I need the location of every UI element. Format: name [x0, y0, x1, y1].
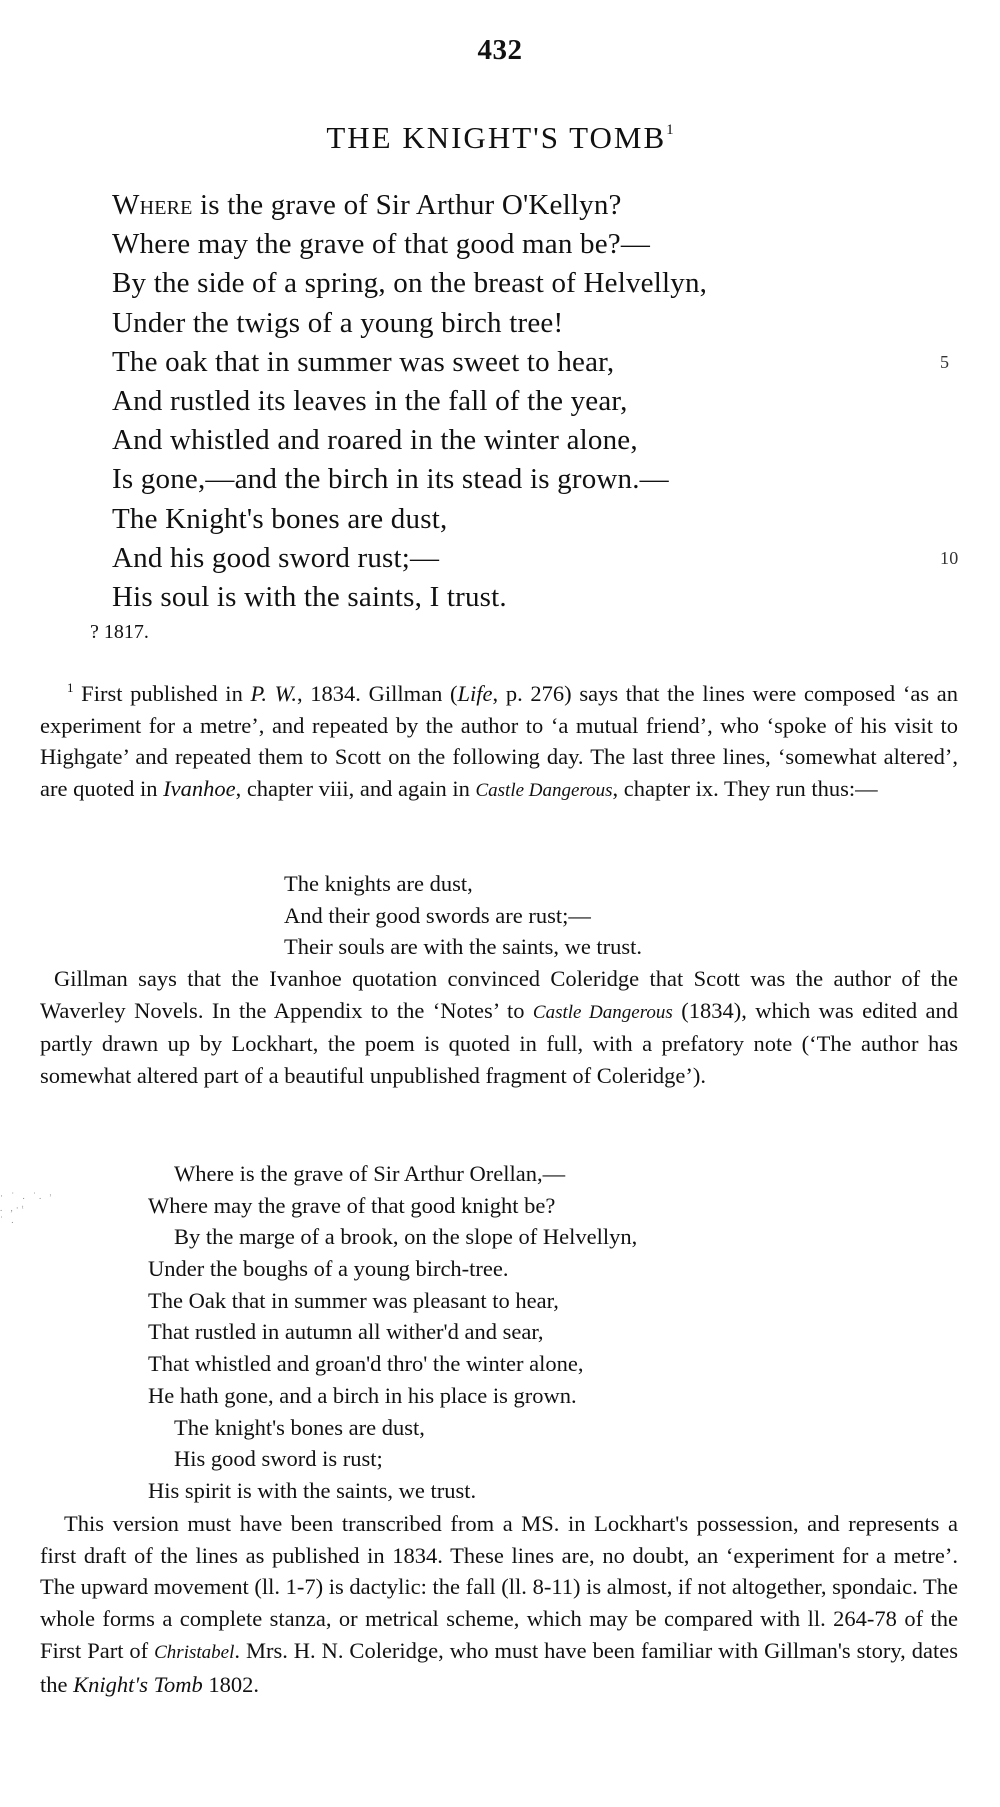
quote-line: That rustled in autumn all wither'd and … [40, 1316, 958, 1348]
poem-line-5: The oak that in summer was sweet to hear… [112, 343, 972, 382]
poem-line-3: By the side of a spring, on the breast o… [112, 264, 972, 303]
first-word: Where [112, 189, 193, 221]
quote-line: Where is the grave of Sir Arthur Orellan… [40, 1158, 958, 1190]
line-number: 5 [940, 343, 949, 382]
quote-line: Under the boughs of a young birch-tree. [40, 1253, 958, 1285]
quoted-verse-ivanhoe: The knights are dust, And their good swo… [40, 868, 958, 963]
poem-line-10: And his good sword rust;—10 [112, 539, 972, 578]
poem-date: ? 1817. [90, 621, 149, 644]
poem-line-4: Under the twigs of a young birch tree! [112, 304, 972, 343]
page-number: 432 [0, 34, 1000, 67]
footnote-paragraph-1: 1 First published in P. W., 1834. Gillma… [40, 672, 958, 807]
citation-ivanhoe: Ivanhoe [163, 776, 235, 801]
poem-line-8: Is gone,—and the birch in its stead is g… [112, 460, 972, 499]
quote-line: His good sword is rust; [40, 1443, 958, 1475]
citation-castle-dangerous: Castle Dangerous [475, 780, 612, 801]
footnote-paragraph-3: This version must have been transcribed … [40, 1508, 958, 1700]
poem-line-11: His soul is with the saints, I trust. [112, 578, 972, 617]
citation-pw: P. W. [251, 681, 297, 706]
quote-line: The knight's bones are dust, [40, 1412, 958, 1444]
poem-title: THE KNIGHT'S TOMB1 [0, 120, 1000, 156]
poem-line-6: And rustled its leaves in the fall of th… [112, 382, 972, 421]
line-number: 10 [940, 539, 958, 578]
poem-line-1: Where is the grave of Sir Arthur O'Kelly… [112, 186, 972, 225]
book-page: 432 THE KNIGHT'S TOMB1 Where is the grav… [0, 0, 1000, 1807]
quote-line: And their good swords are rust;— [40, 900, 958, 932]
citation-castle-dangerous: Castle Dangerous [533, 1002, 673, 1023]
quote-line: Where may the grave of that good knight … [40, 1190, 958, 1222]
title-footnote-marker: 1 [666, 122, 674, 138]
quote-line: By the marge of a brook, on the slope of… [40, 1221, 958, 1253]
poem-line-7: And whistled and roared in the winter al… [112, 421, 972, 460]
poem-line-9: The Knight's bones are dust, [112, 500, 972, 539]
poem-body: Where is the grave of Sir Arthur O'Kelly… [112, 186, 972, 617]
quote-line: The Oak that in summer was pleasant to h… [40, 1285, 958, 1317]
quote-line: His spirit is with the saints, we trust. [40, 1475, 958, 1507]
citation-christabel: Christabel [154, 1642, 234, 1663]
quote-line: The knights are dust, [40, 868, 958, 900]
quoted-verse-full-poem: Where is the grave of Sir Arthur Orellan… [40, 1158, 958, 1507]
poem-title-text: THE KNIGHT'S TOMB [326, 120, 666, 155]
citation-life: Life [458, 681, 493, 706]
poem-line-2: Where may the grave of that good man be?… [112, 225, 972, 264]
footnote-paragraph-2: Gillman says that the Ivanhoe quotation … [40, 963, 958, 1092]
citation-knights-tomb: Knight's Tomb [73, 1672, 203, 1697]
quote-line: That whistled and groan'd thro' the wint… [40, 1348, 958, 1380]
quote-line: Their souls are with the saints, we trus… [40, 931, 958, 963]
quote-line: He hath gone, and a birch in his place i… [40, 1380, 958, 1412]
